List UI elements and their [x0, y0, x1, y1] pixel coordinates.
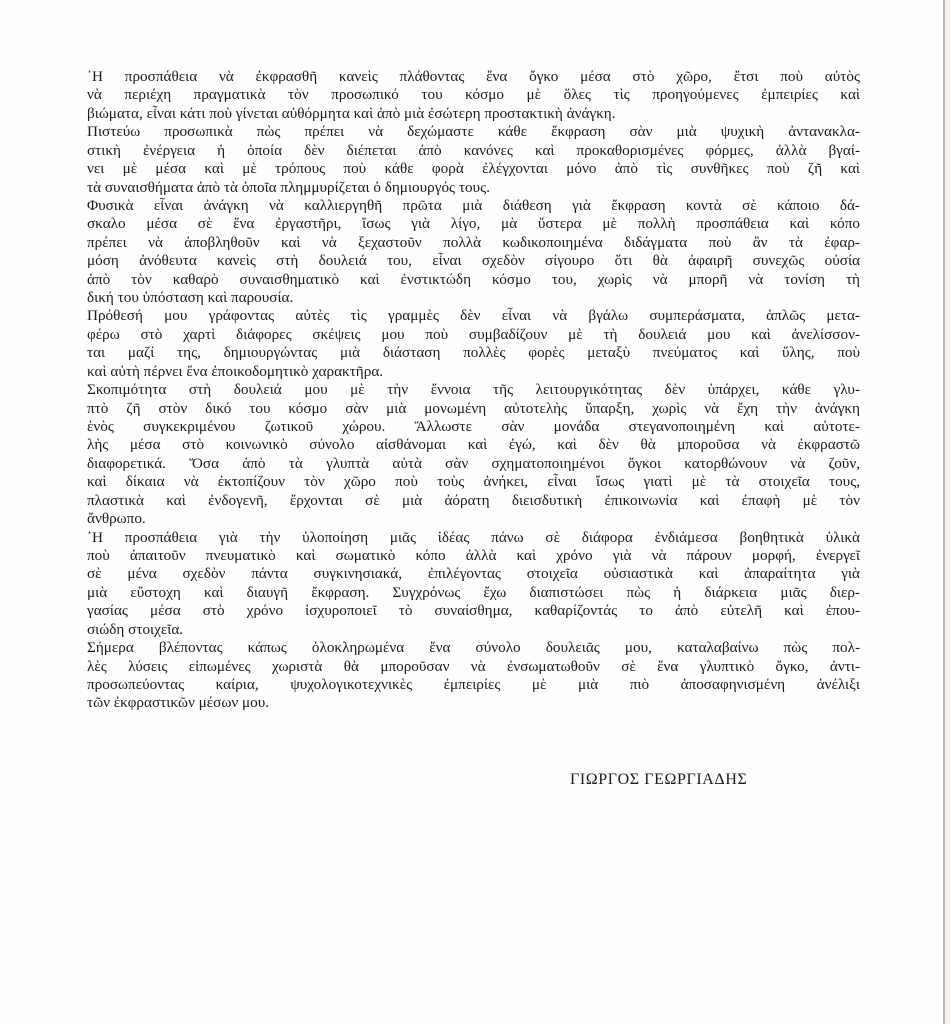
text-line: τὰ συναισθήματα ἀπὸ τὰ ὁποῖα πλημμυρίζετ… — [87, 179, 860, 197]
paragraph: ῾Η προσπάθεια γιὰ τὴν ὑλοποίηση μιᾶς ἰδέ… — [87, 529, 860, 640]
text-line: ται μαζί της, δημιουργώντας μιὰ διάσταση… — [87, 344, 860, 362]
page-edge-shadow — [945, 0, 951, 1024]
text-line: διαφορετικά. Ὅσα ἀπὸ τὰ γλυπτὰ αὐτὰ σὰν … — [87, 455, 860, 473]
text-line: Σήμερα βλέποντας κάπως ὁλοκληρωμένα ἕνα … — [87, 639, 860, 657]
text-line: μιὰ εὔστοχη καὶ διαυγῆ ἔκφραση. Συγχρόνω… — [87, 584, 860, 602]
text-line: Φυσικὰ εἶναι ἀνάγκη νὰ καλλιεργηθῆ πρῶτα… — [87, 197, 860, 215]
text-line: στικὴ ἐνέργεια ἡ ὁποία δὲν διέπεται ἀπὸ … — [87, 142, 860, 160]
author-signature: ΓΙΩΡΓΟΣ ΓΕΩΡΓΙΑΔΗΣ — [570, 771, 747, 789]
text-line: πλαστικὰ καὶ ἐνδογενῆ, ἔρχονται σὲ μιὰ ἀ… — [87, 492, 860, 510]
text-line: σὲ μένα σχεδὸν πάντα συγκινησιακά, ἐπιλέ… — [87, 565, 860, 583]
document-page: ῾Η προσπάθεια νὰ ἐκφρασθῆ κανεὶς πλάθοντ… — [0, 0, 943, 1024]
text-line: φέρω στὸ χαρτὶ διάφορες σκέψεις μου ποὺ … — [87, 326, 860, 344]
text-line: σιώδη στοιχεῖα. — [87, 621, 860, 639]
paragraph: Σκοπιμότητα στὴ δουλειά μου μὲ τὴν ἔννοι… — [87, 381, 860, 528]
text-line: προσωπεύοντας καίρια, ψυχολογικοτεχνικὲς… — [87, 676, 860, 694]
paragraph: Φυσικὰ εἶναι ἀνάγκη νὰ καλλιεργηθῆ πρῶτα… — [87, 197, 860, 308]
paragraph: Πιστεύω προσωπικὰ πὼς πρέπει νὰ δεχώμαστ… — [87, 123, 860, 197]
text-line: Πιστεύω προσωπικὰ πὼς πρέπει νὰ δεχώμαστ… — [87, 123, 860, 141]
text-line: τῶν ἐκφραστικῶν μέσων μου. — [87, 694, 860, 712]
text-line: ποὺ ἀπαιτοῦν πνευματικὸ καὶ σωματικὸ κόπ… — [87, 547, 860, 565]
text-line: σκαλο μέσα σὲ ἕνα ἐργαστῆρι, ἴσως γιὰ λί… — [87, 215, 860, 233]
text-line: πρέπει νὰ ἀποβληθοῦν καὶ νὰ ξεχαστοῦν πο… — [87, 234, 860, 252]
text-line: ἄνθρωπο. — [87, 510, 860, 528]
paragraph: Σήμερα βλέποντας κάπως ὁλοκληρωμένα ἕνα … — [87, 639, 860, 713]
text-line: πτὸ ζῆ στὸν δικό του κόσμο σὰν μιὰ μονωμ… — [87, 400, 860, 418]
text-line: νει μὲ μέσα καὶ μὲ τρόπους ποὺ κάθε φορὰ… — [87, 160, 860, 178]
text-line: λὴς μέσα στὸ κοινωνικὸ σύνολο αἰσθάνομαι… — [87, 436, 860, 454]
text-line: καὶ δίκαια νὰ ἐκτοπίζουν τὸν χῶρο ποὺ το… — [87, 473, 860, 491]
text-line: λὲς λύσεις εἰπωμένες χωριστὰ θὰ μποροῦσα… — [87, 658, 860, 676]
text-line: Σκοπιμότητα στὴ δουλειά μου μὲ τὴν ἔννοι… — [87, 381, 860, 399]
text-line: ἑνὸς συγκεκριμένου ζωτικοῦ χώρου. Ἄλλωστ… — [87, 418, 860, 436]
text-line: βιώματα, εἶναι κάτι ποὺ γίνεται αὐθόρμητ… — [87, 105, 860, 123]
text-line: καὶ αὐτὴ πέρνει ἕνα ἐποικοδομητικὸ χαρακ… — [87, 363, 860, 381]
text-line: ῾Η προσπάθεια γιὰ τὴν ὑλοποίηση μιᾶς ἰδέ… — [87, 529, 860, 547]
body-text: ῾Η προσπάθεια νὰ ἐκφρασθῆ κανεὶς πλάθοντ… — [87, 68, 860, 713]
paragraph: Πρόθεσή μου γράφοντας αὐτὲς τὶς γραμμὲς … — [87, 307, 860, 381]
text-line: Πρόθεσή μου γράφοντας αὐτὲς τὶς γραμμὲς … — [87, 307, 860, 325]
text-line: ῾Η προσπάθεια νὰ ἐκφρασθῆ κανεὶς πλάθοντ… — [87, 68, 860, 86]
text-line: ἀπὸ τὸν καθαρὸ συναισθηματικὸ καὶ ἐνστικ… — [87, 271, 860, 289]
text-line: μόση ἀνόθευτα κανεὶς στὴ δουλειά του, εἶ… — [87, 252, 860, 270]
text-line: γασίας μέσα στὸ χρόνο ἰσχυροποιεῖ τὸ συν… — [87, 602, 860, 620]
paragraph: ῾Η προσπάθεια νὰ ἐκφρασθῆ κανεὶς πλάθοντ… — [87, 68, 860, 123]
text-line: νὰ περιέχη πραγματικὰ τὸν προσωπικό του … — [87, 86, 860, 104]
text-line: δική του ὑπόσταση καὶ παρουσία. — [87, 289, 860, 307]
